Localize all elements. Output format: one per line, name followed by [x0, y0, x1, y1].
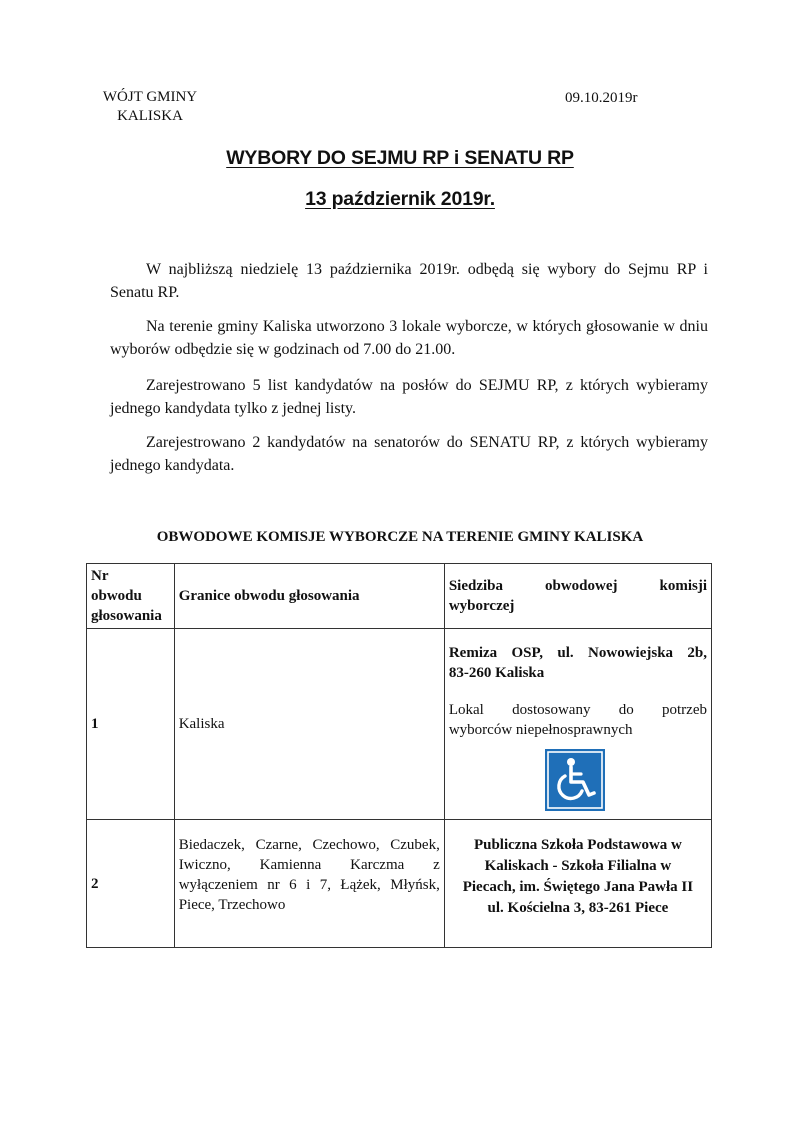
document-subtitle-date: 13 październik 2019r.: [0, 188, 800, 211]
accessibility-note: Lokal dostosowany do potrzeb wyborców ni…: [449, 700, 707, 740]
paragraph-sejm-lists: Zarejestrowano 5 list kandydatów na posł…: [110, 374, 708, 420]
spacer: [449, 919, 707, 937]
header-district-number: Nr obwodu głosowania: [87, 564, 175, 629]
district-number: 2: [87, 820, 175, 948]
commission-seat: Publiczna Szkoła Podstawowa w Kaliskach …: [444, 820, 711, 948]
issuing-authority: WÓJT GMINY KALISKA: [95, 88, 205, 126]
header-number-line-1: Nr: [91, 566, 170, 586]
seat-line-1: Publiczna Szkoła Podstawowa w: [449, 835, 707, 856]
paragraph-election-date: W najbliższą niedzielę 13 października 2…: [110, 258, 708, 304]
authority-line-1: WÓJT GMINY: [95, 88, 205, 107]
seat-address-line-2: 83-260 Kaliska: [449, 665, 544, 681]
accessibility-note-line-1: Lokal dostosowany do potrzeb: [449, 700, 707, 720]
district-bounds: Biedaczek, Czarne, Czechowo, Czubek, Iwi…: [174, 820, 444, 948]
district-bounds-line-3: wyłączeniem nr 6 i 7, Łążek, Młyńsk,: [179, 875, 440, 895]
commissions-table: Nr obwodu głosowania Granice obwodu głos…: [86, 563, 712, 948]
header-number-line-3: głosowania: [91, 606, 170, 626]
document-date: 09.10.2019r: [565, 90, 638, 107]
spacer: [179, 915, 440, 933]
document-title: WYBORY DO SEJMU RP i SENATU RP: [0, 147, 800, 170]
table-header-row: Nr obwodu głosowania Granice obwodu głos…: [87, 564, 712, 629]
seat-line-3: Piecach, im. Świętego Jana Pawła II: [449, 877, 707, 898]
seat-address: Remiza OSP, ul. Nowowiejska 2b, 83-260 K…: [449, 643, 707, 683]
authority-line-2: KALISKA: [95, 107, 205, 126]
header-seat-line-2: wyborczej: [449, 598, 515, 614]
district-bounds-line-2: Iwiczno, Kamienna Karczma z: [179, 855, 440, 875]
table-row: 2 Biedaczek, Czarne, Czechowo, Czubek, I…: [87, 820, 712, 948]
table-row: 1 Kaliska Remiza OSP, ul. Nowowiejska 2b…: [87, 629, 712, 820]
paragraph-senate-candidates: Zarejestrowano 2 kandydatów na senatorów…: [110, 431, 708, 477]
table-title: OBWODOWE KOMISJE WYBORCZE NA TERENIE GMI…: [0, 529, 800, 546]
header-seat-line-1: Siedziba obwodowej komisji: [449, 576, 707, 596]
header-number-line-2: obwodu: [91, 586, 170, 606]
district-bounds-line-1: Biedaczek, Czarne, Czechowo, Czubek,: [179, 835, 440, 855]
seat-address-line-1: Remiza OSP, ul. Nowowiejska 2b,: [449, 643, 707, 663]
seat-line-4: ul. Kościelna 3, 83-261 Piece: [449, 898, 707, 919]
header-district-bounds: Granice obwodu głosowania: [174, 564, 444, 629]
seat-line-2: Kaliskach - Szkoła Filialna w: [449, 856, 707, 877]
district-bounds-line-4: Piece, Trzechowo: [179, 895, 440, 915]
header-commission-seat: Siedziba obwodowej komisji wyborczej: [444, 564, 711, 629]
wheelchair-icon: [545, 749, 605, 811]
accessibility-note-line-2: wyborców niepełnosprawnych: [449, 722, 633, 738]
commission-seat: Remiza OSP, ul. Nowowiejska 2b, 83-260 K…: [444, 629, 711, 820]
district-bounds: Kaliska: [174, 629, 444, 820]
district-number: 1: [87, 629, 175, 820]
paragraph-polling-hours: Na terenie gminy Kaliska utworzono 3 lok…: [110, 315, 708, 361]
